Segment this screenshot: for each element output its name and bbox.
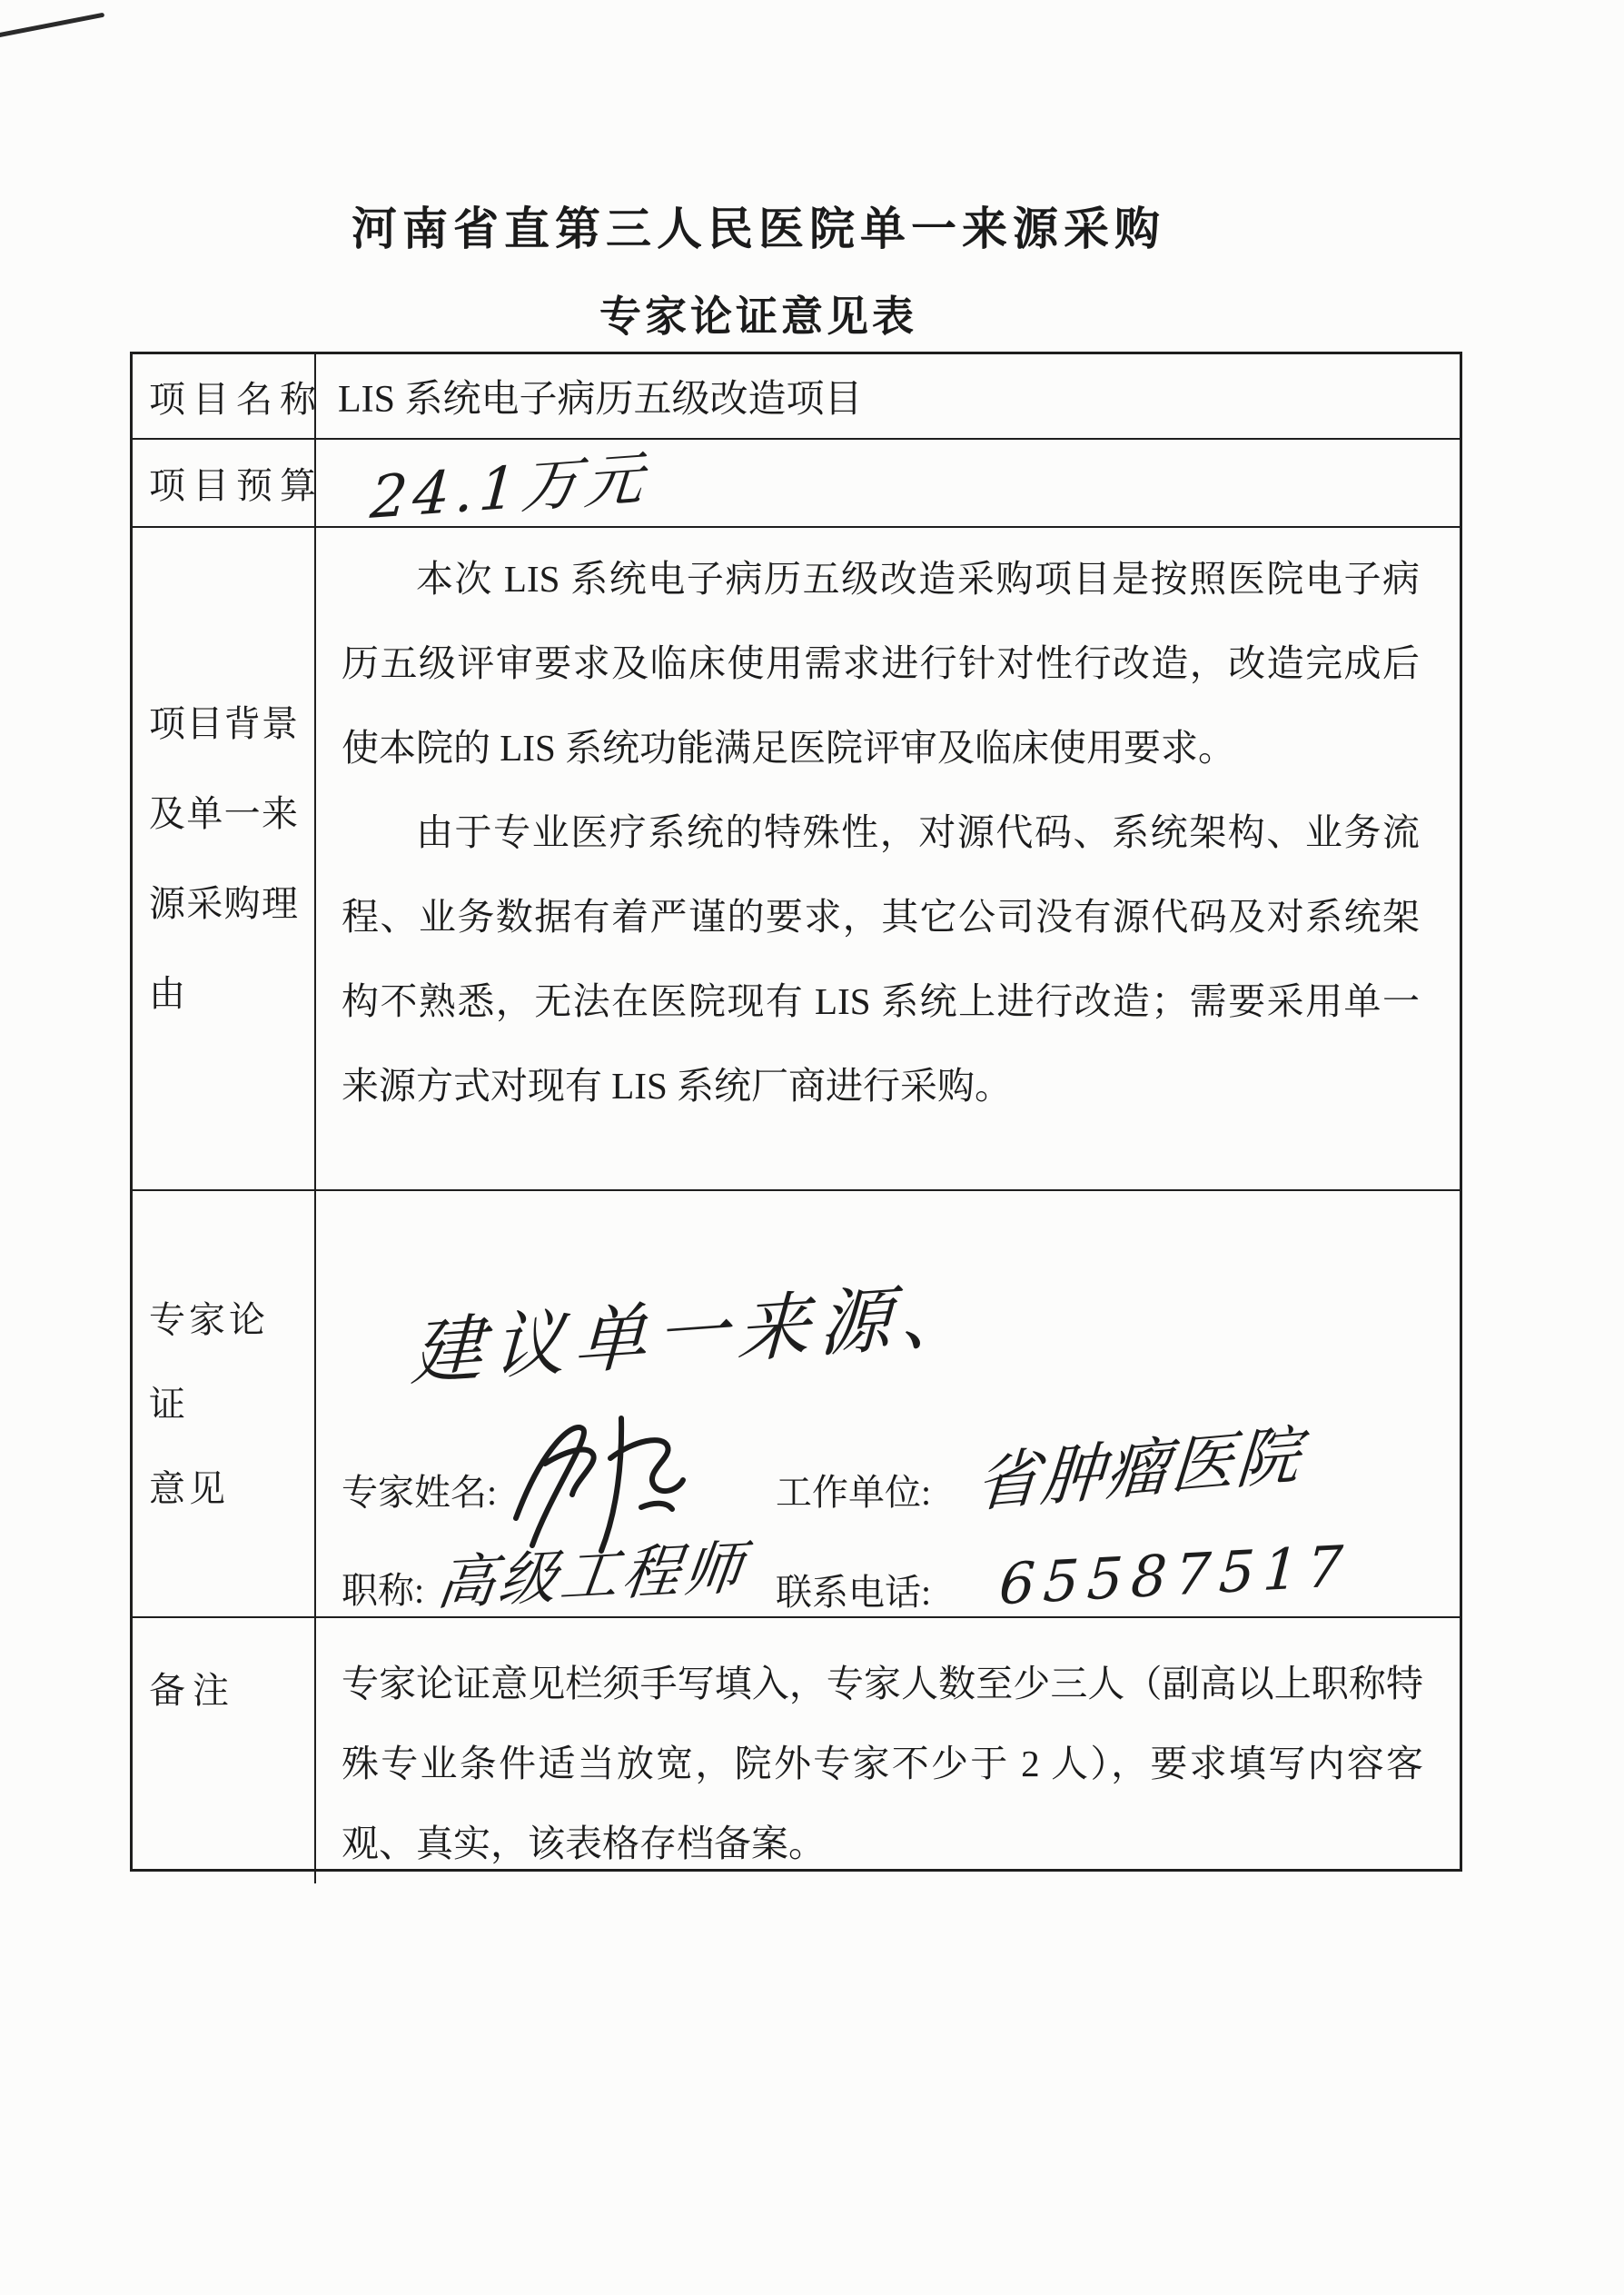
background-label-line4: 由 [149,949,298,1038]
opinion-handwriting: 建议单一来源、 [410,1255,985,1400]
work-unit-handwriting: 省肿瘤医院 [973,1404,1305,1525]
budget-label-cell: 项目预算 [133,440,316,528]
background-text-cell: 本次 LIS 系统电子病历五级改造采购项目是按照医院电子病历五级评审要求及临床使… [316,528,1460,1191]
background-label-line3: 源采购理 [149,859,298,949]
opinion-content-cell: 建议单一来源、 专家姓名: 工作单位: 省肿瘤医院 职称: 高级工程师 联系电话… [316,1191,1460,1618]
background-paragraph-1: 本次 LIS 系统电子病历五级改造采购项目是按照医院电子病历五级评审要求及临床使… [342,537,1420,790]
rank-handwriting: 高级工程师 [433,1521,752,1622]
scanned-document-page: 河南省直第三人民医院单一来源采购 专家论证意见表 项目名称 LIS 系统电子病历… [0,0,1624,2295]
expert-name-label: 专家姓名: [342,1464,497,1515]
background-paragraph-2: 由于专业医疗系统的特殊性，对源代码、系统架构、业务流程、业务数据有着严谨的要求，… [342,790,1420,1128]
budget-handwriting: 24.1万元 [368,431,651,534]
work-unit-label: 工作单位: [776,1464,931,1515]
opinion-label-line2: 意见 [149,1446,298,1531]
background-label-cell: 项目背景 及单一来 源采购理 由 [133,528,316,1191]
opinion-label-cell: 专家论证 意见 [133,1191,316,1618]
background-label-line2: 及单一来 [149,769,298,859]
phone-handwriting: 65587517 [997,1533,1352,1618]
rank-label: 职称: [342,1562,424,1614]
project-name-label-cell: 项目名称 [133,354,316,440]
remark-text-cell: 专家论证意见栏须手写填入，专家人数至少三人（副高以上职称特殊专业条件适当放宽，院… [316,1618,1460,1883]
budget-label: 项目预算 [149,457,298,509]
phone-label: 联系电话: [776,1564,931,1615]
project-name-value: LIS 系统电子病历五级改造项目 [338,369,863,423]
scan-artifact-corner-mark [0,13,104,40]
opinion-form-table: 项目名称 LIS 系统电子病历五级改造项目 项目预算 24.1万元 项目背景 及… [130,352,1462,1872]
remark-text: 专家论证意见栏须手写填入，专家人数至少三人（副高以上职称特殊专业条件适当放宽，院… [342,1644,1423,1883]
project-name-value-cell: LIS 系统电子病历五级改造项目 [316,354,1460,440]
budget-value-cell: 24.1万元 [316,440,1460,528]
document-title-line1: 河南省直第三人民医院单一来源采购 [91,193,1426,258]
opinion-label-line1: 专家论证 [149,1277,298,1446]
remark-label-cell: 备注 [133,1618,316,1883]
document-title-line2: 专家论证意见表 [91,283,1426,343]
remark-label: 备注 [149,1662,298,1714]
background-label-line1: 项目背景 [149,679,298,769]
project-name-label: 项目名称 [149,371,298,422]
